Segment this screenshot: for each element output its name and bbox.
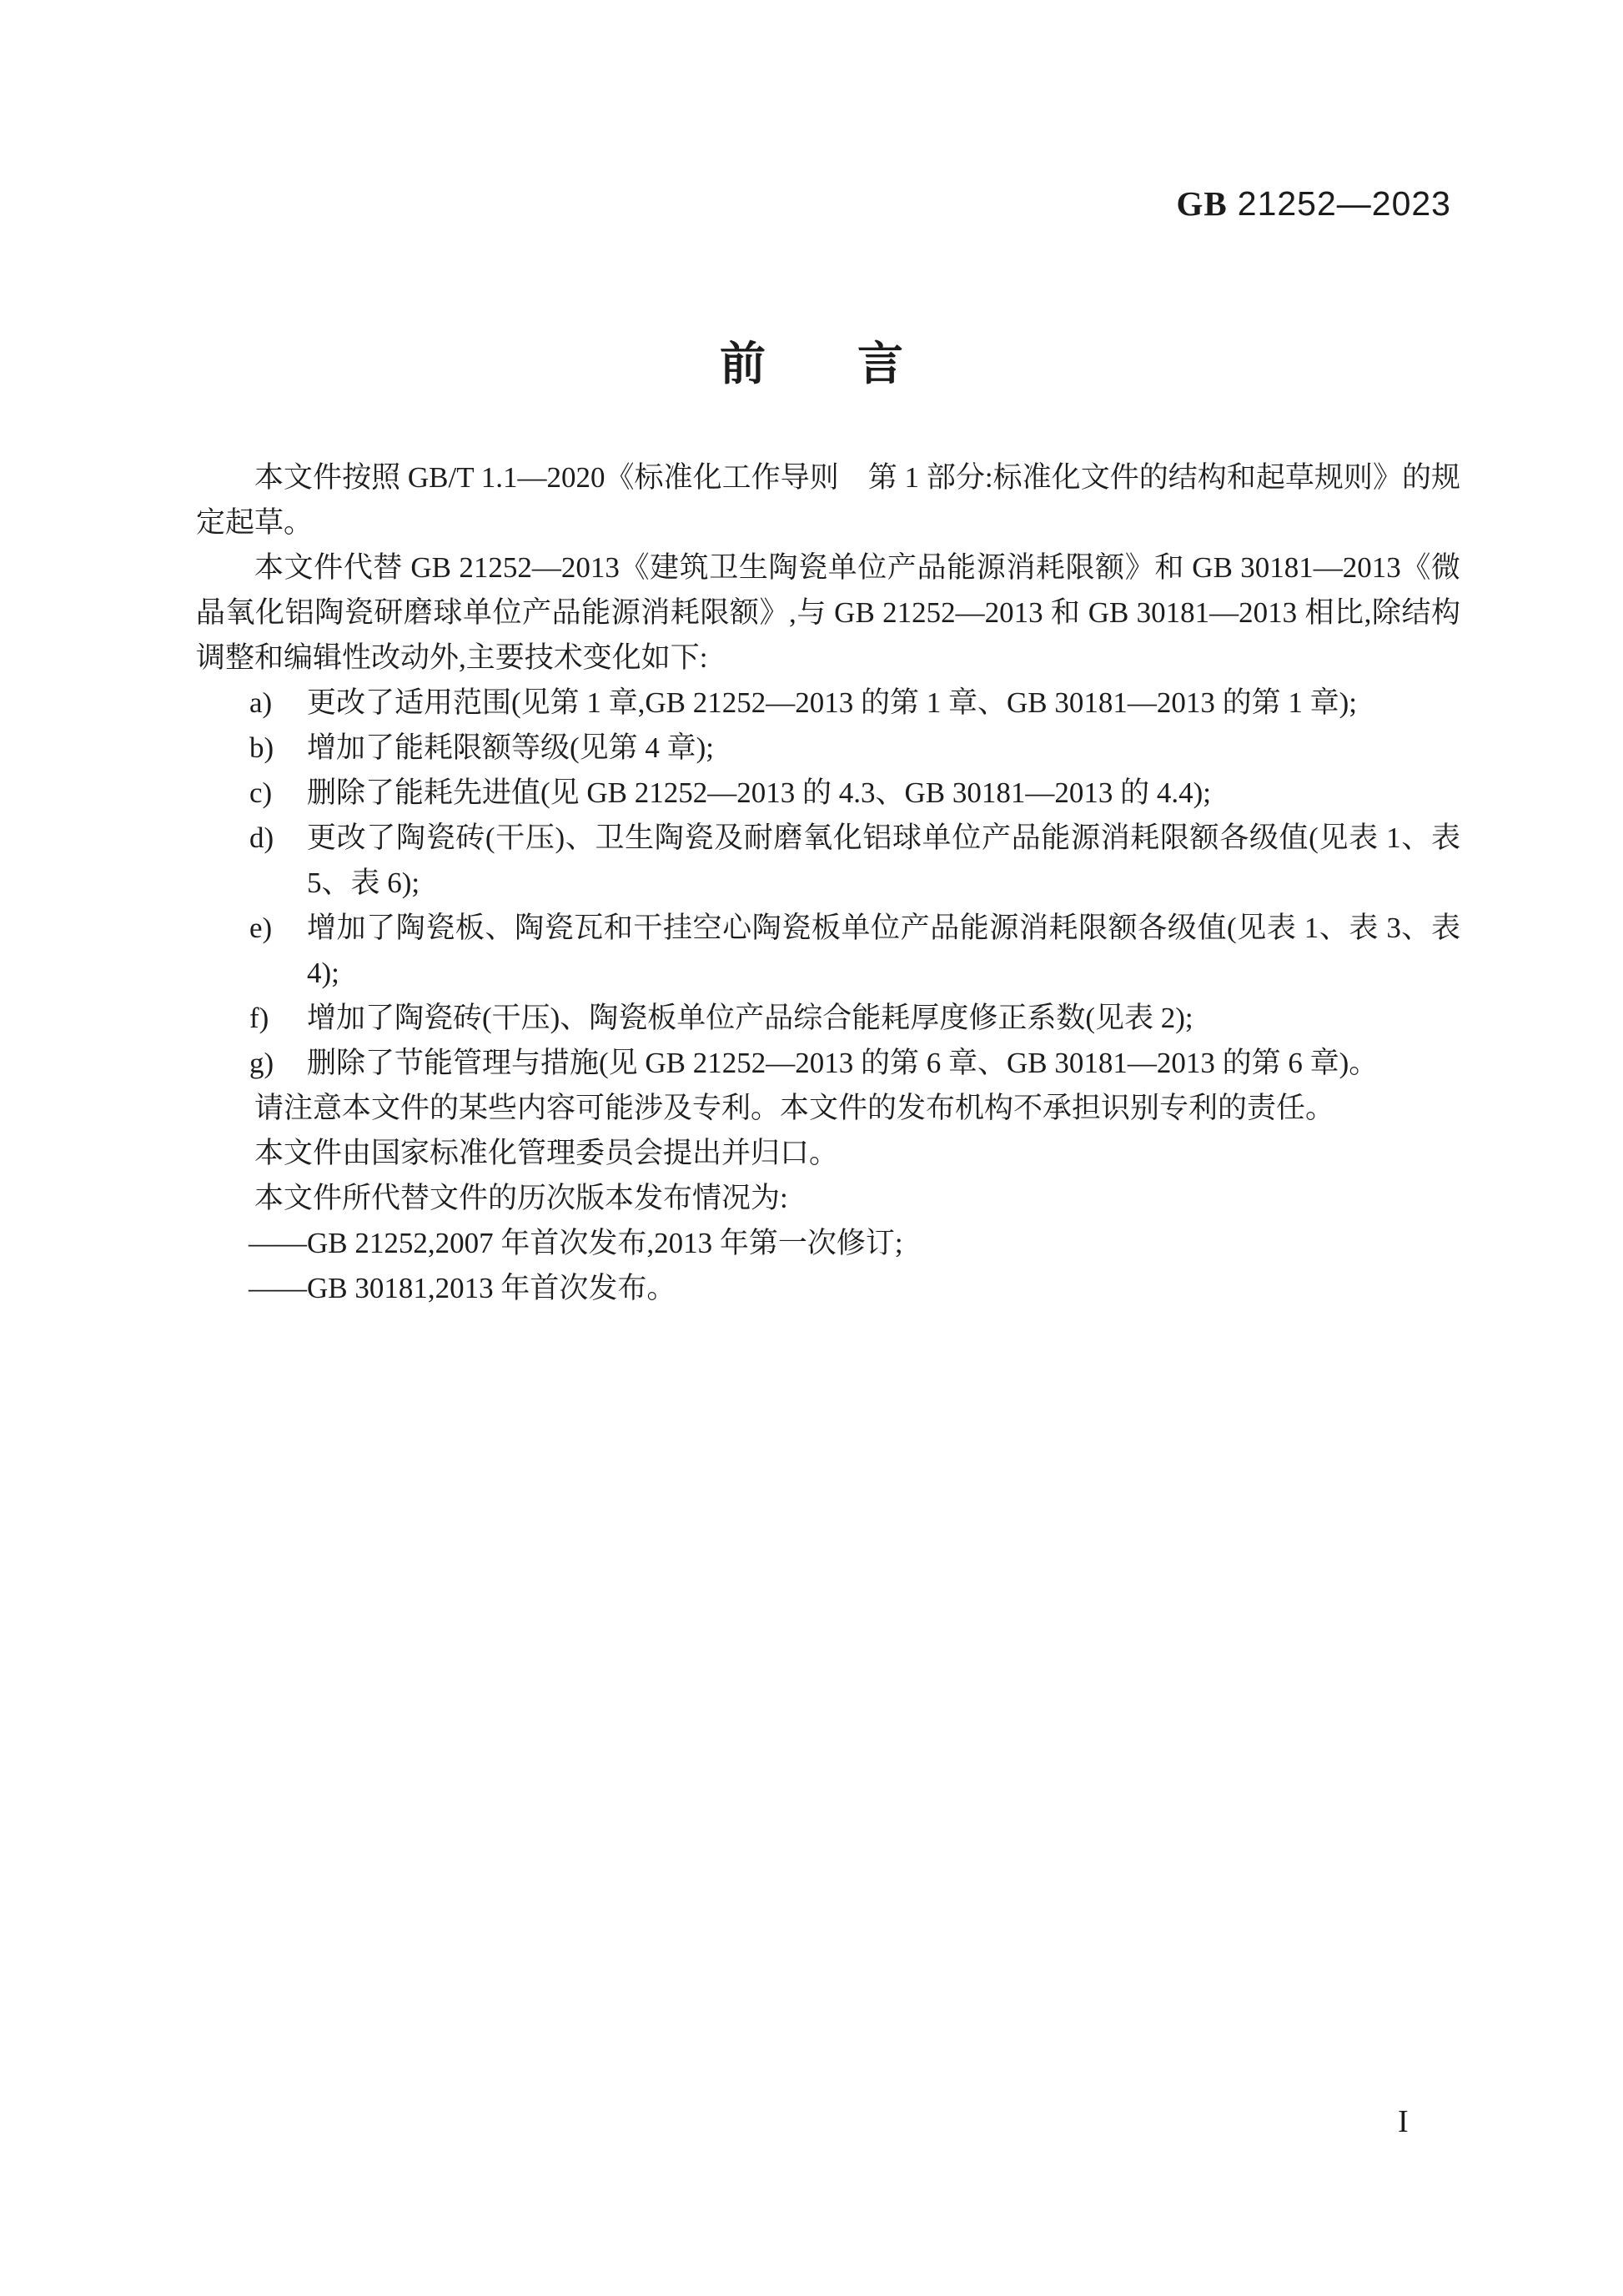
foreword-paragraph: 本文件所代替文件的历次版本发布情况为: (196, 1176, 1460, 1221)
list-item-label: b) (249, 726, 274, 771)
foreword-paragraph: 本文件代替 GB 21252—2013《建筑卫生陶瓷单位产品能源消耗限额》和 G… (196, 545, 1460, 681)
list-item-label: f) (249, 996, 269, 1041)
foreword-paragraph: ——GB 30181,2013 年首次发布。 (196, 1266, 1460, 1311)
foreword-list-item: d)更改了陶瓷砖(干压)、卫生陶瓷及耐磨氧化铝球单位产品能源消耗限额各级值(见表… (196, 816, 1460, 906)
standard-prefix: GB (1177, 184, 1228, 223)
foreword-body: 本文件按照 GB/T 1.1—2020《标准化工作导则 第 1 部分:标准化文件… (196, 455, 1460, 1311)
foreword-title: 前 言 (0, 327, 1623, 393)
foreword-list-item: e)增加了陶瓷板、陶瓷瓦和干挂空心陶瓷板单位产品能源消耗限额各级值(见表 1、表… (196, 906, 1460, 996)
list-item-label: e) (249, 906, 272, 951)
foreword-list-item: a)更改了适用范围(见第 1 章,GB 21252—2013 的第 1 章、GB… (196, 681, 1460, 726)
foreword-paragraph: 本文件由国家标准化管理委员会提出并归口。 (196, 1131, 1460, 1176)
list-item-text: 删除了节能管理与措施(见 GB 21252—2013 的第 6 章、GB 301… (307, 1047, 1378, 1079)
list-item-text: 删除了能耗先进值(见 GB 21252—2013 的 4.3、GB 30181—… (307, 776, 1211, 809)
foreword-list-item: c)删除了能耗先进值(见 GB 21252—2013 的 4.3、GB 3018… (196, 771, 1460, 816)
list-item-text: 增加了能耗限额等级(见第 4 章); (307, 731, 714, 764)
list-item-label: d) (249, 816, 274, 861)
standard-code-header: GB21252—2023 (1177, 183, 1451, 224)
page-number: I (1398, 2103, 1409, 2140)
foreword-paragraph: 请注意本文件的某些内容可能涉及专利。本文件的发布机构不承担识别专利的责任。 (196, 1086, 1460, 1131)
list-item-text: 更改了适用范围(见第 1 章,GB 21252—2013 的第 1 章、GB 3… (307, 686, 1357, 719)
foreword-list-item: g)删除了节能管理与措施(见 GB 21252—2013 的第 6 章、GB 3… (196, 1041, 1460, 1086)
list-item-label: c) (249, 771, 272, 816)
list-item-text: 增加了陶瓷板、陶瓷瓦和干挂空心陶瓷板单位产品能源消耗限额各级值(见表 1、表 3… (307, 912, 1460, 989)
foreword-paragraph: 本文件按照 GB/T 1.1—2020《标准化工作导则 第 1 部分:标准化文件… (196, 455, 1460, 545)
foreword-paragraph: ——GB 21252,2007 年首次发布,2013 年第一次修订; (196, 1221, 1460, 1266)
document-page: GB21252—2023 前 言 本文件按照 GB/T 1.1—2020《标准化… (0, 0, 1623, 2296)
list-item-text: 更改了陶瓷砖(干压)、卫生陶瓷及耐磨氧化铝球单位产品能源消耗限额各级值(见表 1… (307, 821, 1460, 899)
list-item-label: a) (249, 681, 272, 726)
foreword-list-item: b)增加了能耗限额等级(见第 4 章); (196, 726, 1460, 771)
foreword-list-item: f)增加了陶瓷砖(干压)、陶瓷板单位产品综合能耗厚度修正系数(见表 2); (196, 996, 1460, 1041)
list-item-text: 增加了陶瓷砖(干压)、陶瓷板单位产品综合能耗厚度修正系数(见表 2); (307, 1002, 1193, 1034)
standard-number: 21252—2023 (1238, 184, 1451, 223)
list-item-label: g) (249, 1041, 274, 1086)
